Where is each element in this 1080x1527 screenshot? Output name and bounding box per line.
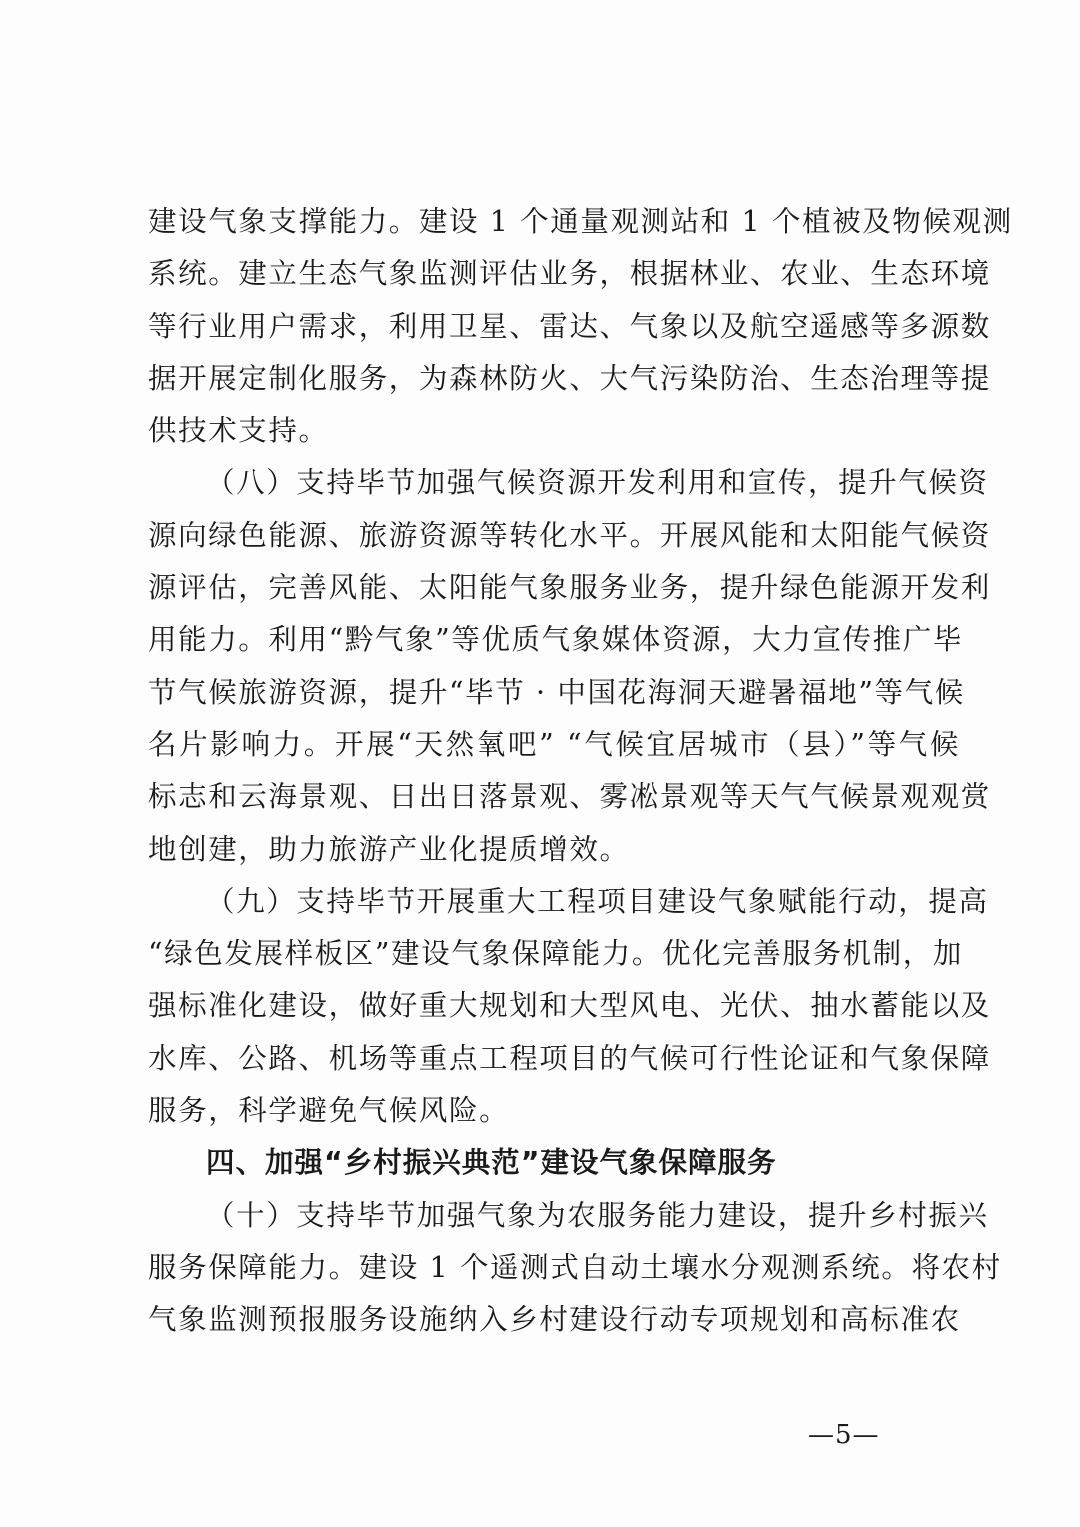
text-line: 地创建，助力旅游产业化提质增效。 <box>148 824 960 876</box>
text-line: 强标准化建设，做好重大规划和大型风电、光伏、抽水蓄能以及 <box>148 980 960 1032</box>
text-line: 用能力。利用“黔气象”等优质气象媒体资源，大力宣传推广毕 <box>148 614 960 666</box>
text-line: 服务保障能力。建设 1 个遥测式自动土壤水分观测系统。将农村 <box>148 1242 960 1294</box>
section-heading: 四、加强“乡村振兴典范”建设气象保障服务 <box>148 1137 960 1189</box>
text-line: 等行业用户需求，利用卫星、雷达、气象以及航空遥感等多源数 <box>148 301 960 353</box>
text-line: 供技术支持。 <box>148 405 960 457</box>
text-line: （八）支持毕节加强气候资源开发利用和宣传，提升气候资 <box>148 457 960 509</box>
document-page: 建设气象支撑能力。建设 1 个通量观测站和 1 个植被及物候观测 系统。建立生态… <box>0 0 1080 1527</box>
text-line: （十）支持毕节加强气象为农服务能力建设，提升乡村振兴 <box>148 1190 960 1242</box>
paragraph-continuation: 建设气象支撑能力。建设 1 个通量观测站和 1 个植被及物候观测 系统。建立生态… <box>148 196 960 457</box>
page-number: —5— <box>808 1420 880 1450</box>
text-line: 节气候旅游资源，提升“毕节 · 中国花海洞天避暑福地”等气候 <box>148 667 960 719</box>
text-line: 源评估，完善风能、太阳能气象服务业务，提升绿色能源开发利 <box>148 562 960 614</box>
text-line: 据开展定制化服务，为森林防火、大气污染防治、生态治理等提 <box>148 353 960 405</box>
text-line: 水库、公路、机场等重点工程项目的气候可行性论证和气象保障 <box>148 1033 960 1085</box>
text-line: 名片影响力。开展“天然氧吧” “气候宜居城市（县）”等气候 <box>148 719 960 771</box>
text-line: 气象监测预报服务设施纳入乡村建设行动专项规划和高标准农 <box>148 1294 960 1346</box>
text-line: 系统。建立生态气象监测评估业务，根据林业、农业、生态环境 <box>148 248 960 300</box>
text-line: “绿色发展样板区”建设气象保障能力。优化完善服务机制，加 <box>148 928 960 980</box>
paragraph-item-10: （十）支持毕节加强气象为农服务能力建设，提升乡村振兴 服务保障能力。建设 1 个… <box>148 1190 960 1347</box>
text-line: 源向绿色能源、旅游资源等转化水平。开展风能和太阳能气候资 <box>148 510 960 562</box>
text-line: 建设气象支撑能力。建设 1 个通量观测站和 1 个植被及物候观测 <box>148 196 960 248</box>
text-line: 标志和云海景观、日出日落景观、雾凇景观等天气气候景观观赏 <box>148 771 960 823</box>
text-line: （九）支持毕节开展重大工程项目建设气象赋能行动，提高 <box>148 876 960 928</box>
paragraph-item-9: （九）支持毕节开展重大工程项目建设气象赋能行动，提高 “绿色发展样板区”建设气象… <box>148 876 960 1137</box>
document-body: 建设气象支撑能力。建设 1 个通量观测站和 1 个植被及物候观测 系统。建立生态… <box>148 196 960 1347</box>
text-line: 服务，科学避免气候风险。 <box>148 1085 960 1137</box>
paragraph-item-8: （八）支持毕节加强气候资源开发利用和宣传，提升气候资 源向绿色能源、旅游资源等转… <box>148 457 960 875</box>
